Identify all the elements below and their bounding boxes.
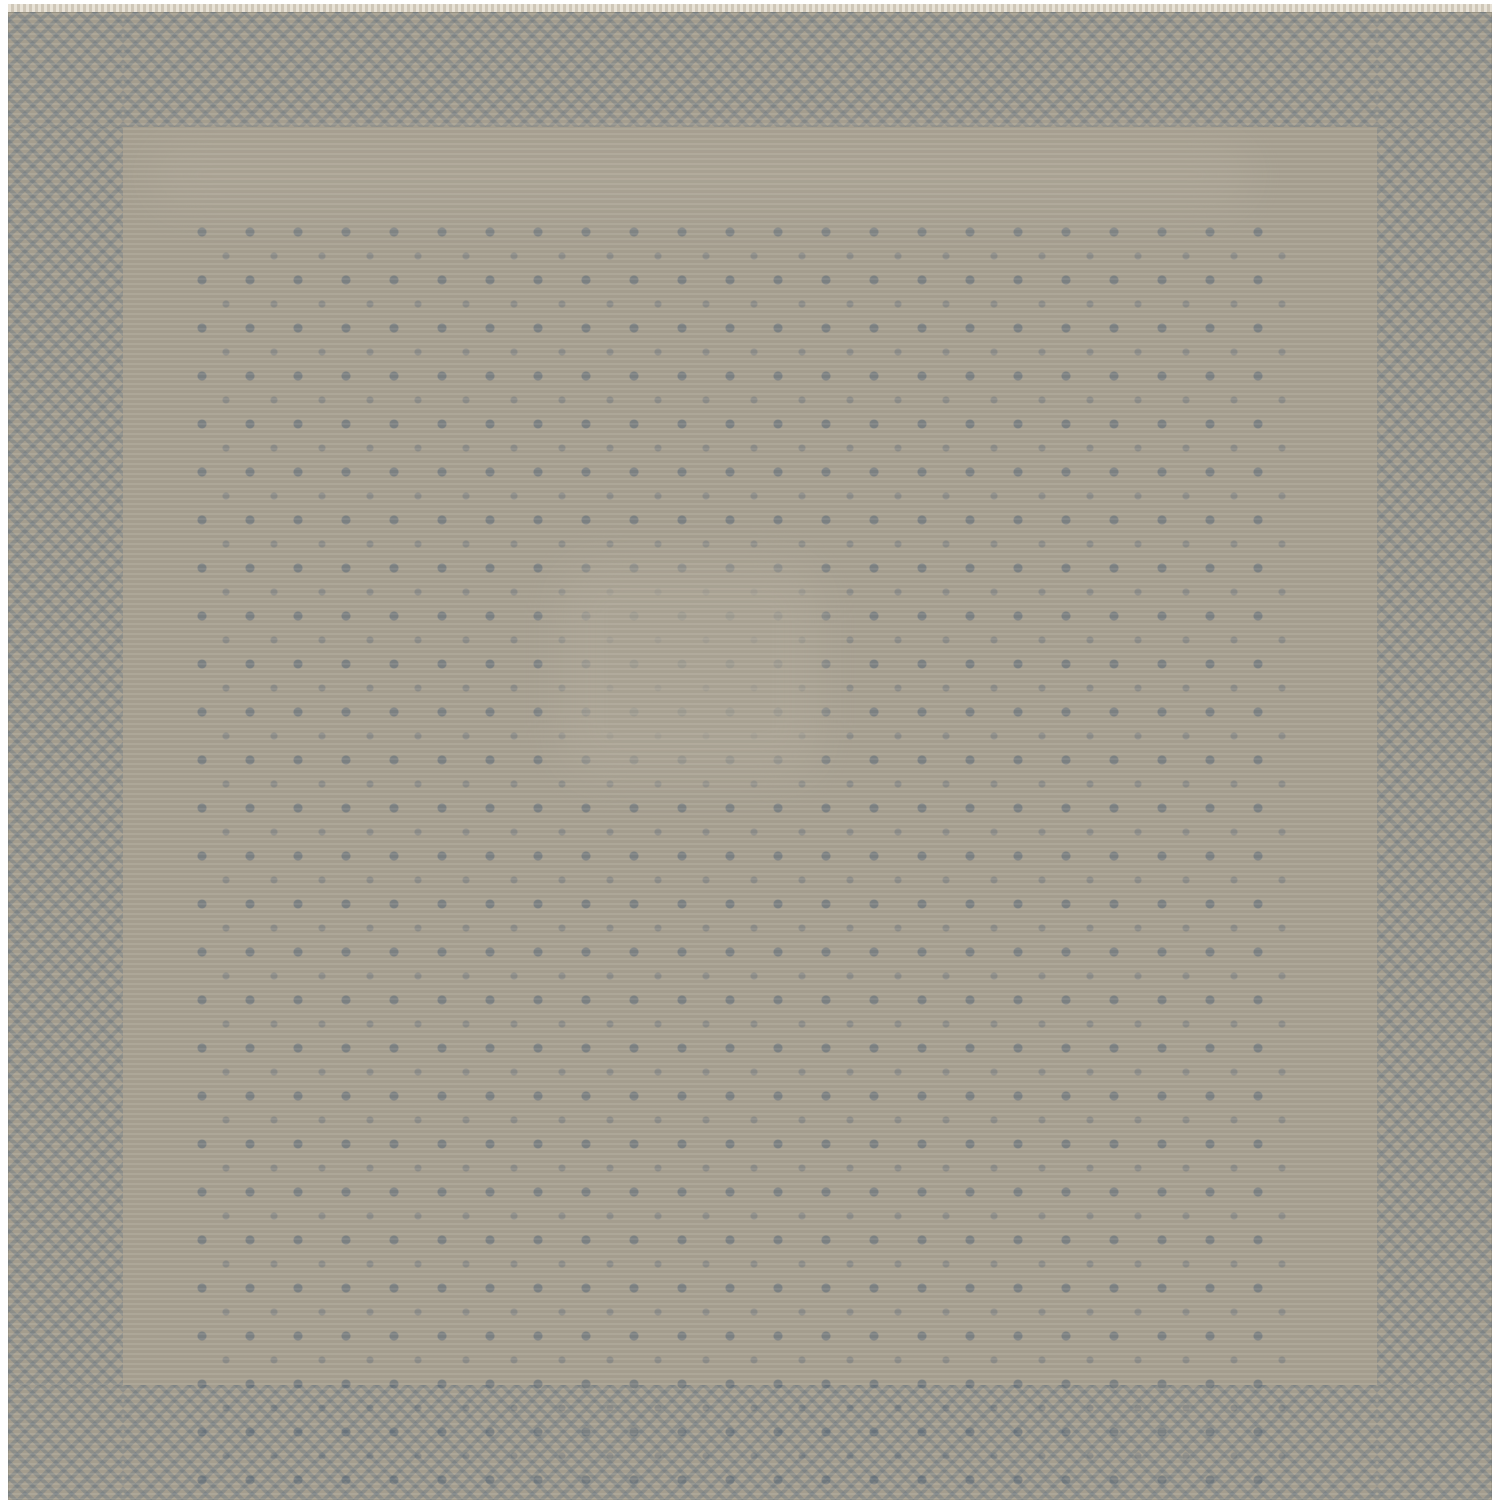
rug-texture xyxy=(8,12,1492,1500)
